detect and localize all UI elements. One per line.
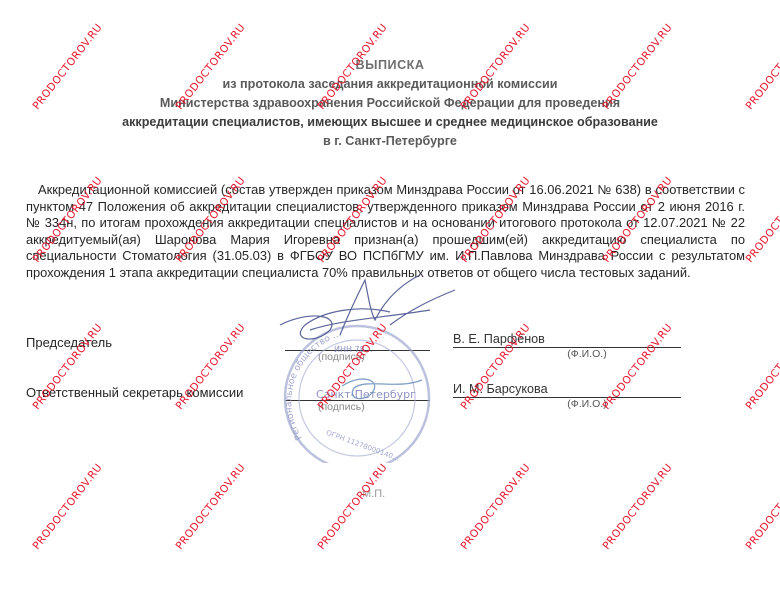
watermark: PRODOCTOROV.RU: [601, 462, 675, 552]
header-line-1: из протокола заседания аккредитационной …: [0, 75, 780, 94]
document-title: ВЫПИСКА: [0, 56, 780, 75]
watermark: PRODOCTOROV.RU: [459, 462, 533, 552]
role-chairman: Председатель: [26, 335, 112, 350]
document-body: Аккредитационной комиссией (состав утвер…: [26, 182, 745, 282]
name-box-chairman: В. Е. Парфёнов (Ф.И.О.): [453, 332, 681, 360]
name-hint: (Ф.И.О.): [453, 348, 681, 360]
header-line-4: в г. Санкт-Петербурге: [0, 132, 780, 151]
handwritten-signature-icon: [270, 270, 470, 350]
watermark: PRODOCTOROV.RU: [316, 462, 390, 552]
watermark: PRODOCTOROV.RU: [31, 462, 105, 552]
body-paragraph: Аккредитационной комиссией (состав утвер…: [26, 182, 745, 282]
header-line-3: аккредитации специалистов, имеющих высше…: [0, 113, 780, 132]
role-secretary: Ответственный секретарь комиссии: [26, 385, 243, 400]
name-hint: (Ф.И.О.): [453, 398, 681, 410]
secretary-name: И. М. Барсукова: [453, 382, 681, 396]
document-header: ВЫПИСКА из протокола заседания аккредита…: [0, 56, 780, 151]
header-line-2: Министерства здравоохранения Российской …: [0, 94, 780, 113]
watermark: PRODOCTOROV.RU: [744, 462, 780, 552]
name-box-secretary: И. М. Барсукова (Ф.И.О.): [453, 382, 681, 410]
stamp-center: Санкт-Петербург: [316, 388, 416, 401]
watermark: PRODOCTOROV.RU: [744, 175, 780, 265]
watermark: PRODOCTOROV.RU: [174, 462, 248, 552]
document-page: ВЫПИСКА из протокола заседания аккредита…: [0, 0, 780, 600]
chairman-name: В. Е. Парфёнов: [453, 332, 681, 346]
seal-place-label: М.П.: [362, 488, 385, 500]
